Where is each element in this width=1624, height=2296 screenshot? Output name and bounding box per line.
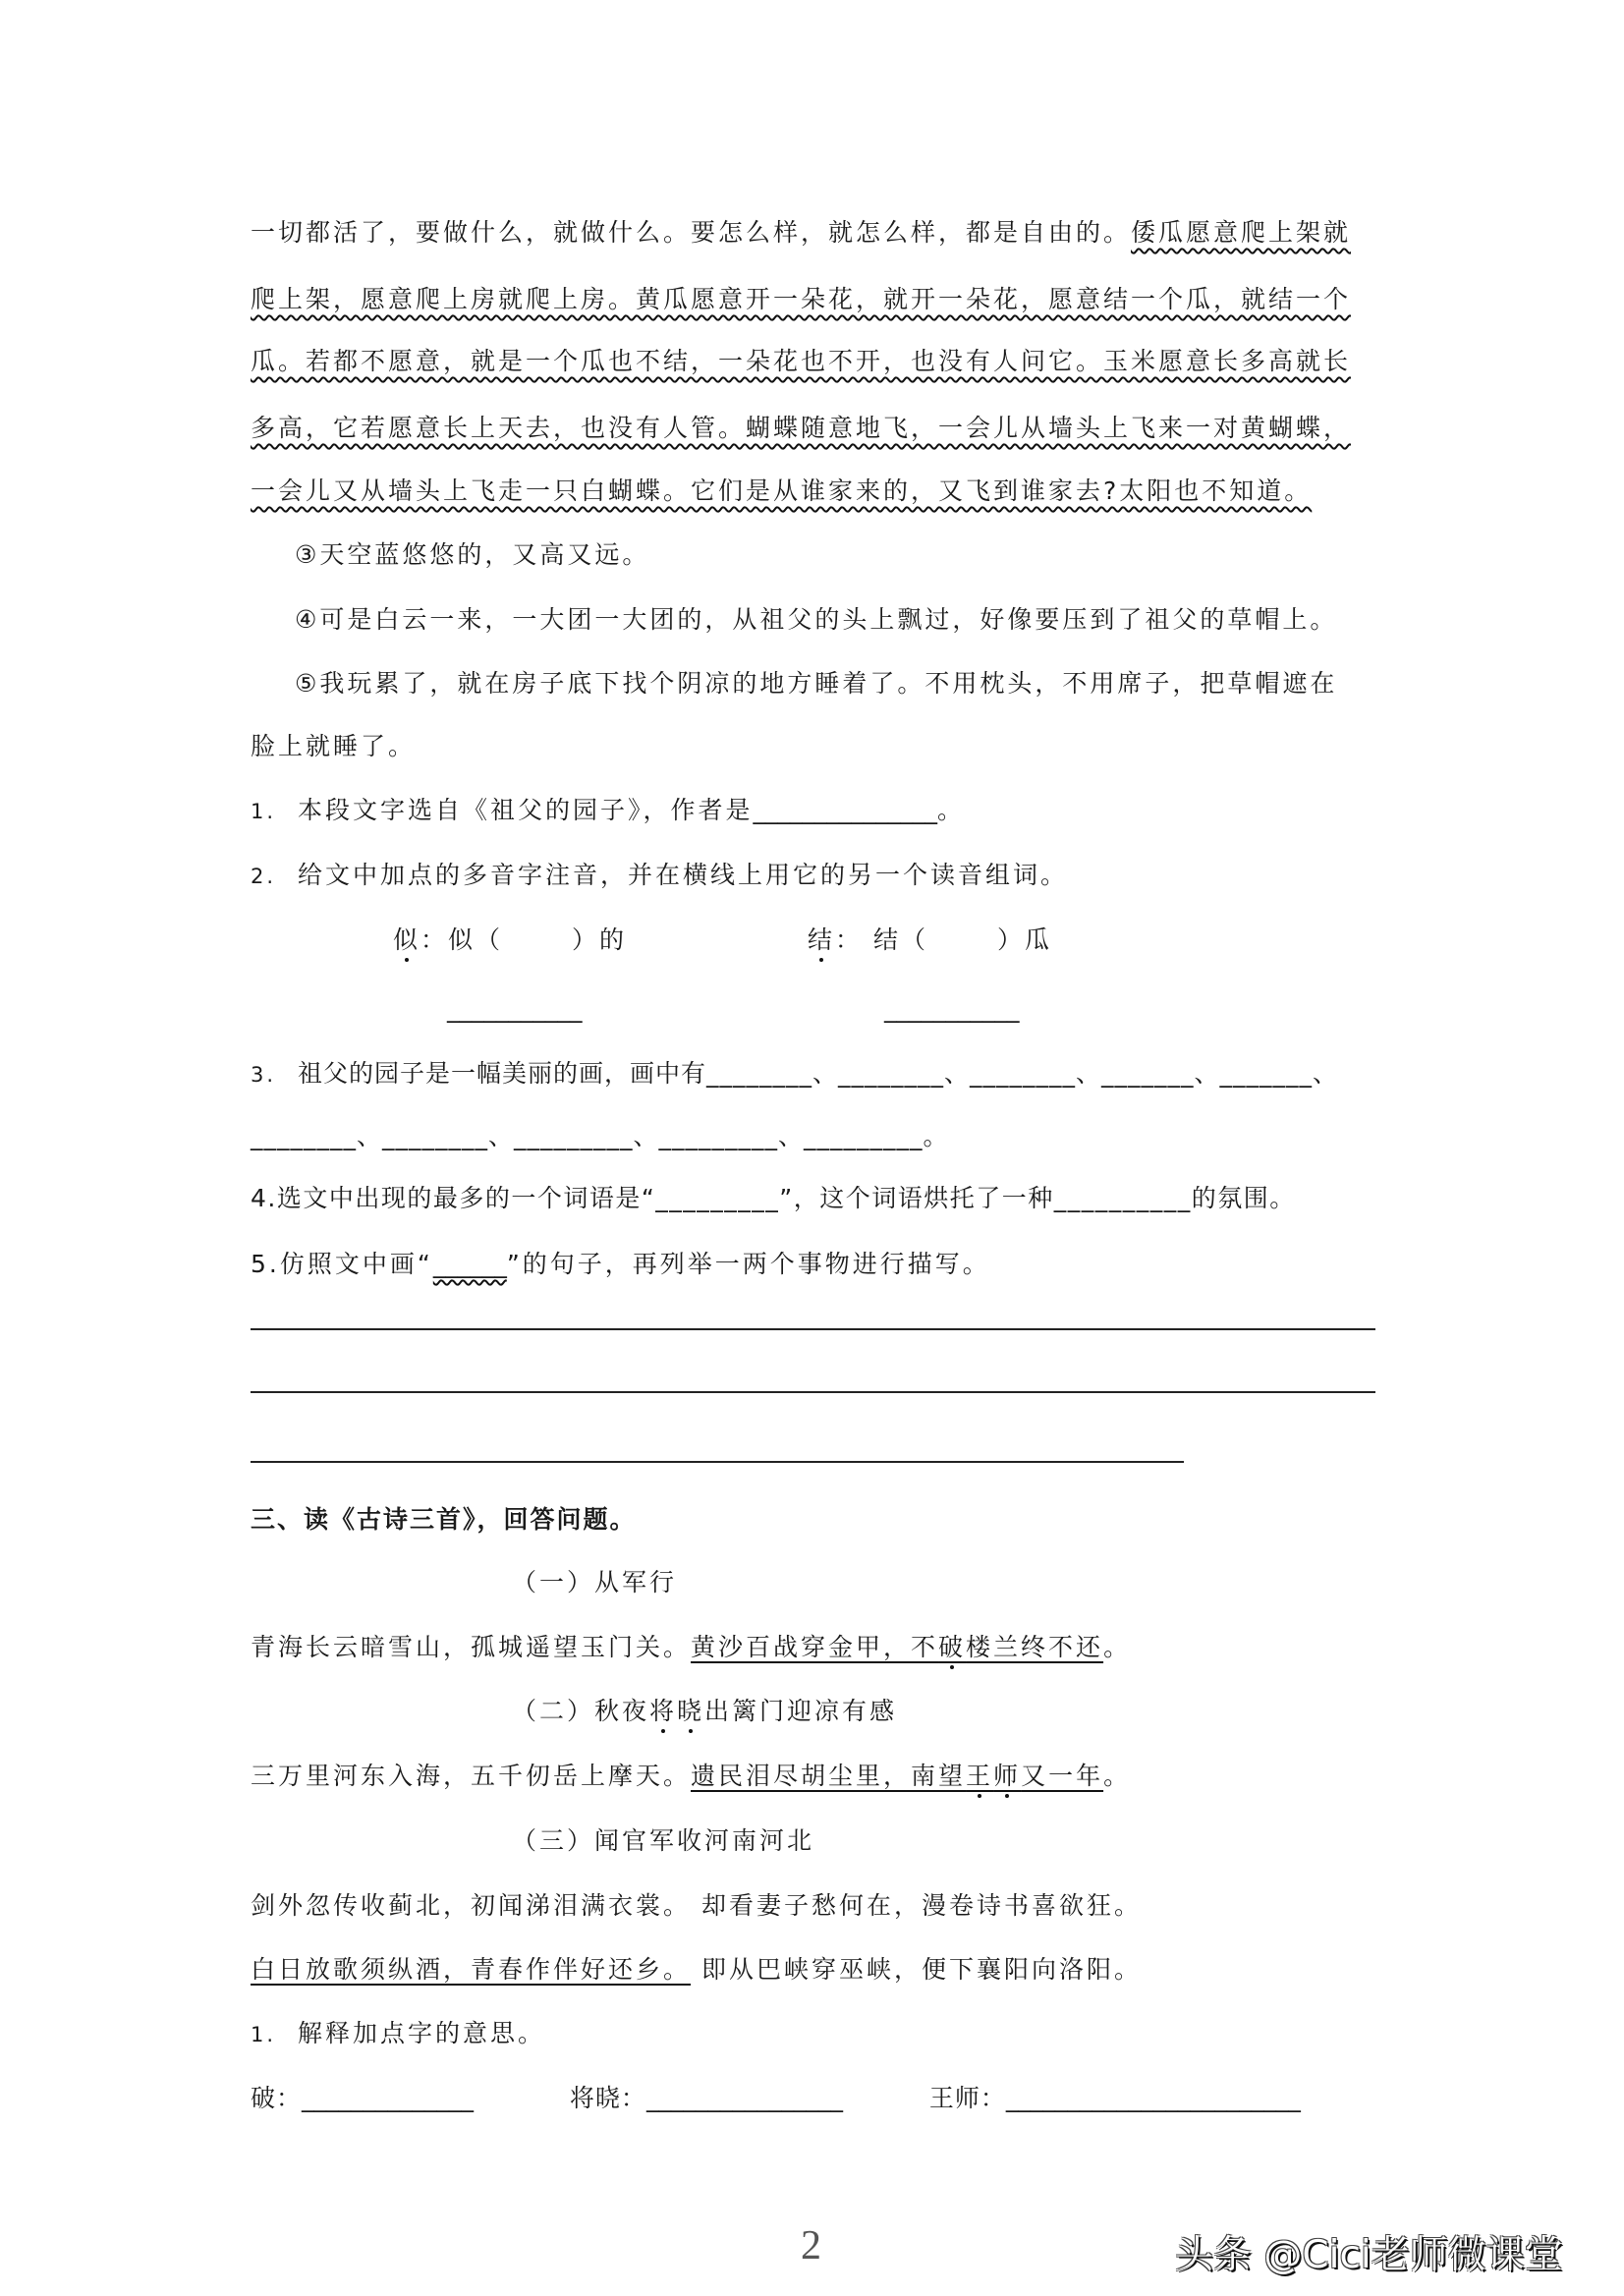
answer-label: 王师： [929, 2084, 1006, 2112]
answer-blank[interactable]: ______________ [302, 2084, 474, 2112]
watermark: 头条 @Cici老师微课堂 [1175, 2224, 1563, 2279]
question-number: 1. [251, 795, 298, 828]
section3-question-1: 1.解释加点字的意思。 [251, 2017, 545, 2051]
paragraph-3: ③天空蓝悠悠的，又高又远。 [295, 538, 649, 572]
dotted-char: 师 [993, 1762, 1021, 1790]
question-number: 1. [251, 2018, 298, 2051]
word-blank-1[interactable]: ___________ [447, 992, 583, 1026]
answer-label: 破： [251, 2084, 302, 2112]
poem-3-line-2: 白日放歌须纵酒，青春作伴好还乡。 即从巴峡穿巫峡，便下襄阳向洛阳。 [251, 1953, 1142, 1987]
passage-line-3: 瓜。若都不愿意，就是一个瓜也不结，一朵花也不开，也没有人问它。玉米愿意长多高就长 [251, 345, 1351, 378]
question-text[interactable]: 祖父的园子是一幅美丽的画，画中有________、________、______… [298, 1059, 1338, 1088]
dotted-char: 破 [938, 1633, 966, 1661]
answer-blank[interactable]: ________________ [646, 2084, 843, 2112]
passage-line-2: 爬上架，愿意爬上房就爬上房。黄瓜愿意开一朵花，就开一朵花，愿意结一个瓜，就结一个 [251, 283, 1351, 316]
question-text: 给文中加点的多音字注音，并在横线上用它的另一个读音组词。 [298, 861, 1068, 889]
dotted-char: 似 [393, 925, 420, 954]
question-number: 3. [251, 1058, 298, 1092]
question-2: 2.给文中加点的多音字注音，并在横线上用它的另一个读音组词。 [251, 859, 1068, 893]
poem-2-line: 三万里河东入海，五千仞岳上摩天。遗民泪尽胡尘里，南望王师又一年。 [251, 1760, 1131, 1793]
passage-text: 一切都活了，要做什么，就做什么。要怎么样，就怎么样，都是自由的。 [251, 218, 1131, 247]
verse-part: 又一年 [1021, 1762, 1103, 1790]
answer-label: 将晓： [570, 2084, 646, 2112]
paragraph-5-cont: 脸上就睡了。 [251, 730, 416, 763]
poem-title-3: （三）闻官军收河南河北 [512, 1824, 814, 1858]
question-1: 1.本段文字选自《祖父的园子》，作者是_______________。 [251, 794, 965, 828]
poem-text: 青海长云暗雪山，孤城遥望玉门关。 [251, 1633, 691, 1661]
passage-line-4: 多高，它若愿意长上天去，也没有人管。蝴蝶随意地飞，一会儿从墙头上飞来一对黄蝴蝶， [251, 412, 1351, 445]
title-part: 出篱门迎凉有感 [704, 1697, 897, 1725]
paragraph-5: ⑤我玩累了，就在房子底下找个阴凉的地方睡着了。不用枕头，不用席子，把草帽遮在 [295, 667, 1337, 700]
dotted-char: 王 [966, 1762, 993, 1790]
answer-blank[interactable]: ________________________ [1006, 2084, 1301, 2112]
poem-title-1: （一）从军行 [512, 1566, 677, 1599]
title-part: （二）秋夜 [512, 1697, 649, 1725]
paragraph-4: ④可是白云一来，一大团一大团的，从祖父的头上飘过，好像要压到了祖父的草帽上。 [295, 603, 1337, 637]
period: 。 [1103, 1762, 1131, 1790]
question-3: 3.祖父的园子是一幅美丽的画，画中有________、________、____… [251, 1057, 1338, 1092]
polyphone-item-1: 似：似（）的 [393, 924, 627, 957]
poem-title-2: （二）秋夜将晓出篱门迎凉有感 [512, 1695, 897, 1728]
definition-answers: 破：______________ 将晓：________________ 王师：… [251, 2082, 1301, 2115]
poem-text: 三万里河东入海，五千仞岳上摩天。 [251, 1762, 691, 1790]
dotted-char: 将 [649, 1697, 677, 1725]
wavy-sample: ______ [433, 1250, 507, 1278]
dotted-char: 晓 [677, 1697, 704, 1725]
poem-text: 即从巴峡穿巫峡，便下襄阳向洛阳。 [691, 1955, 1142, 1984]
answer-blank-author[interactable]: _______________ [754, 796, 938, 824]
answer-line-1[interactable] [251, 1328, 1375, 1330]
item-label: ： 结（ [835, 925, 928, 954]
passage-line-1: 一切都活了，要做什么，就做什么。要怎么样，就怎么样，都是自由的。倭瓜愿意爬上架就 [251, 216, 1351, 250]
section-heading: 三、读《古诗三首》，回答问题。 [251, 1503, 637, 1537]
underlined-verse: 白日放歌须纵酒，青春作伴好还乡。 [251, 1955, 691, 1984]
verse-part: 遗民泪尽胡尘里，南望 [691, 1762, 966, 1790]
underlined-verse: 遗民泪尽胡尘里，南望王师又一年 [691, 1762, 1103, 1790]
question-5: 5.仿照文中画“______”的句子，再列举一两个事物进行描写。 [251, 1248, 990, 1281]
item-suffix: ）的 [572, 925, 627, 954]
word-blank-2[interactable]: ___________ [884, 992, 1020, 1026]
answer-line-3[interactable] [251, 1461, 1184, 1463]
verse-part: 黄沙百战穿金甲，不 [691, 1633, 938, 1661]
question-text: ”的句子，再列举一两个事物进行描写。 [507, 1250, 990, 1278]
item-suffix: ）瓜 [997, 925, 1052, 954]
passage-line-5: 一会儿又从墙头上飞走一只白蝴蝶。它们是从谁家来的，又飞到谁家去?太阳也不知道。 [251, 475, 1312, 508]
question-text: 5.仿照文中画“ [251, 1250, 433, 1278]
period: 。 [937, 796, 965, 824]
verse-part: 楼兰终不还 [966, 1633, 1103, 1661]
wavy-underlined-sentence: 倭瓜愿意爬上架就 [1131, 218, 1351, 247]
underlined-verse: 黄沙百战穿金甲，不破楼兰终不还 [691, 1633, 1103, 1661]
question-number: 2. [251, 860, 298, 893]
poem-1-line: 青海长云暗雪山，孤城遥望玉门关。黄沙百战穿金甲，不破楼兰终不还。 [251, 1631, 1131, 1664]
polyphone-item-2: 结： 结（）瓜 [808, 924, 1052, 957]
period: 。 [1103, 1633, 1131, 1661]
page-number: 2 [801, 2222, 821, 2269]
question-4[interactable]: 4.选文中出现的最多的一个词语是“_________”，这个词语烘托了一种___… [251, 1182, 1296, 1215]
item-label: ：似（ [420, 925, 503, 954]
answer-line-2[interactable] [251, 1391, 1375, 1393]
question-text: 本段文字选自《祖父的园子》，作者是 [298, 796, 754, 824]
poem-3-line-1: 剑外忽传收蓟北，初闻涕泪满衣裳。 却看妻子愁何在，漫卷诗书喜欲狂。 [251, 1889, 1142, 1923]
question-3-cont[interactable]: ________、________、_________、_________、__… [251, 1120, 949, 1153]
dotted-chars: 将晓 [649, 1697, 704, 1725]
question-text: 解释加点字的意思。 [298, 2019, 545, 2047]
dotted-char: 结 [808, 925, 835, 954]
